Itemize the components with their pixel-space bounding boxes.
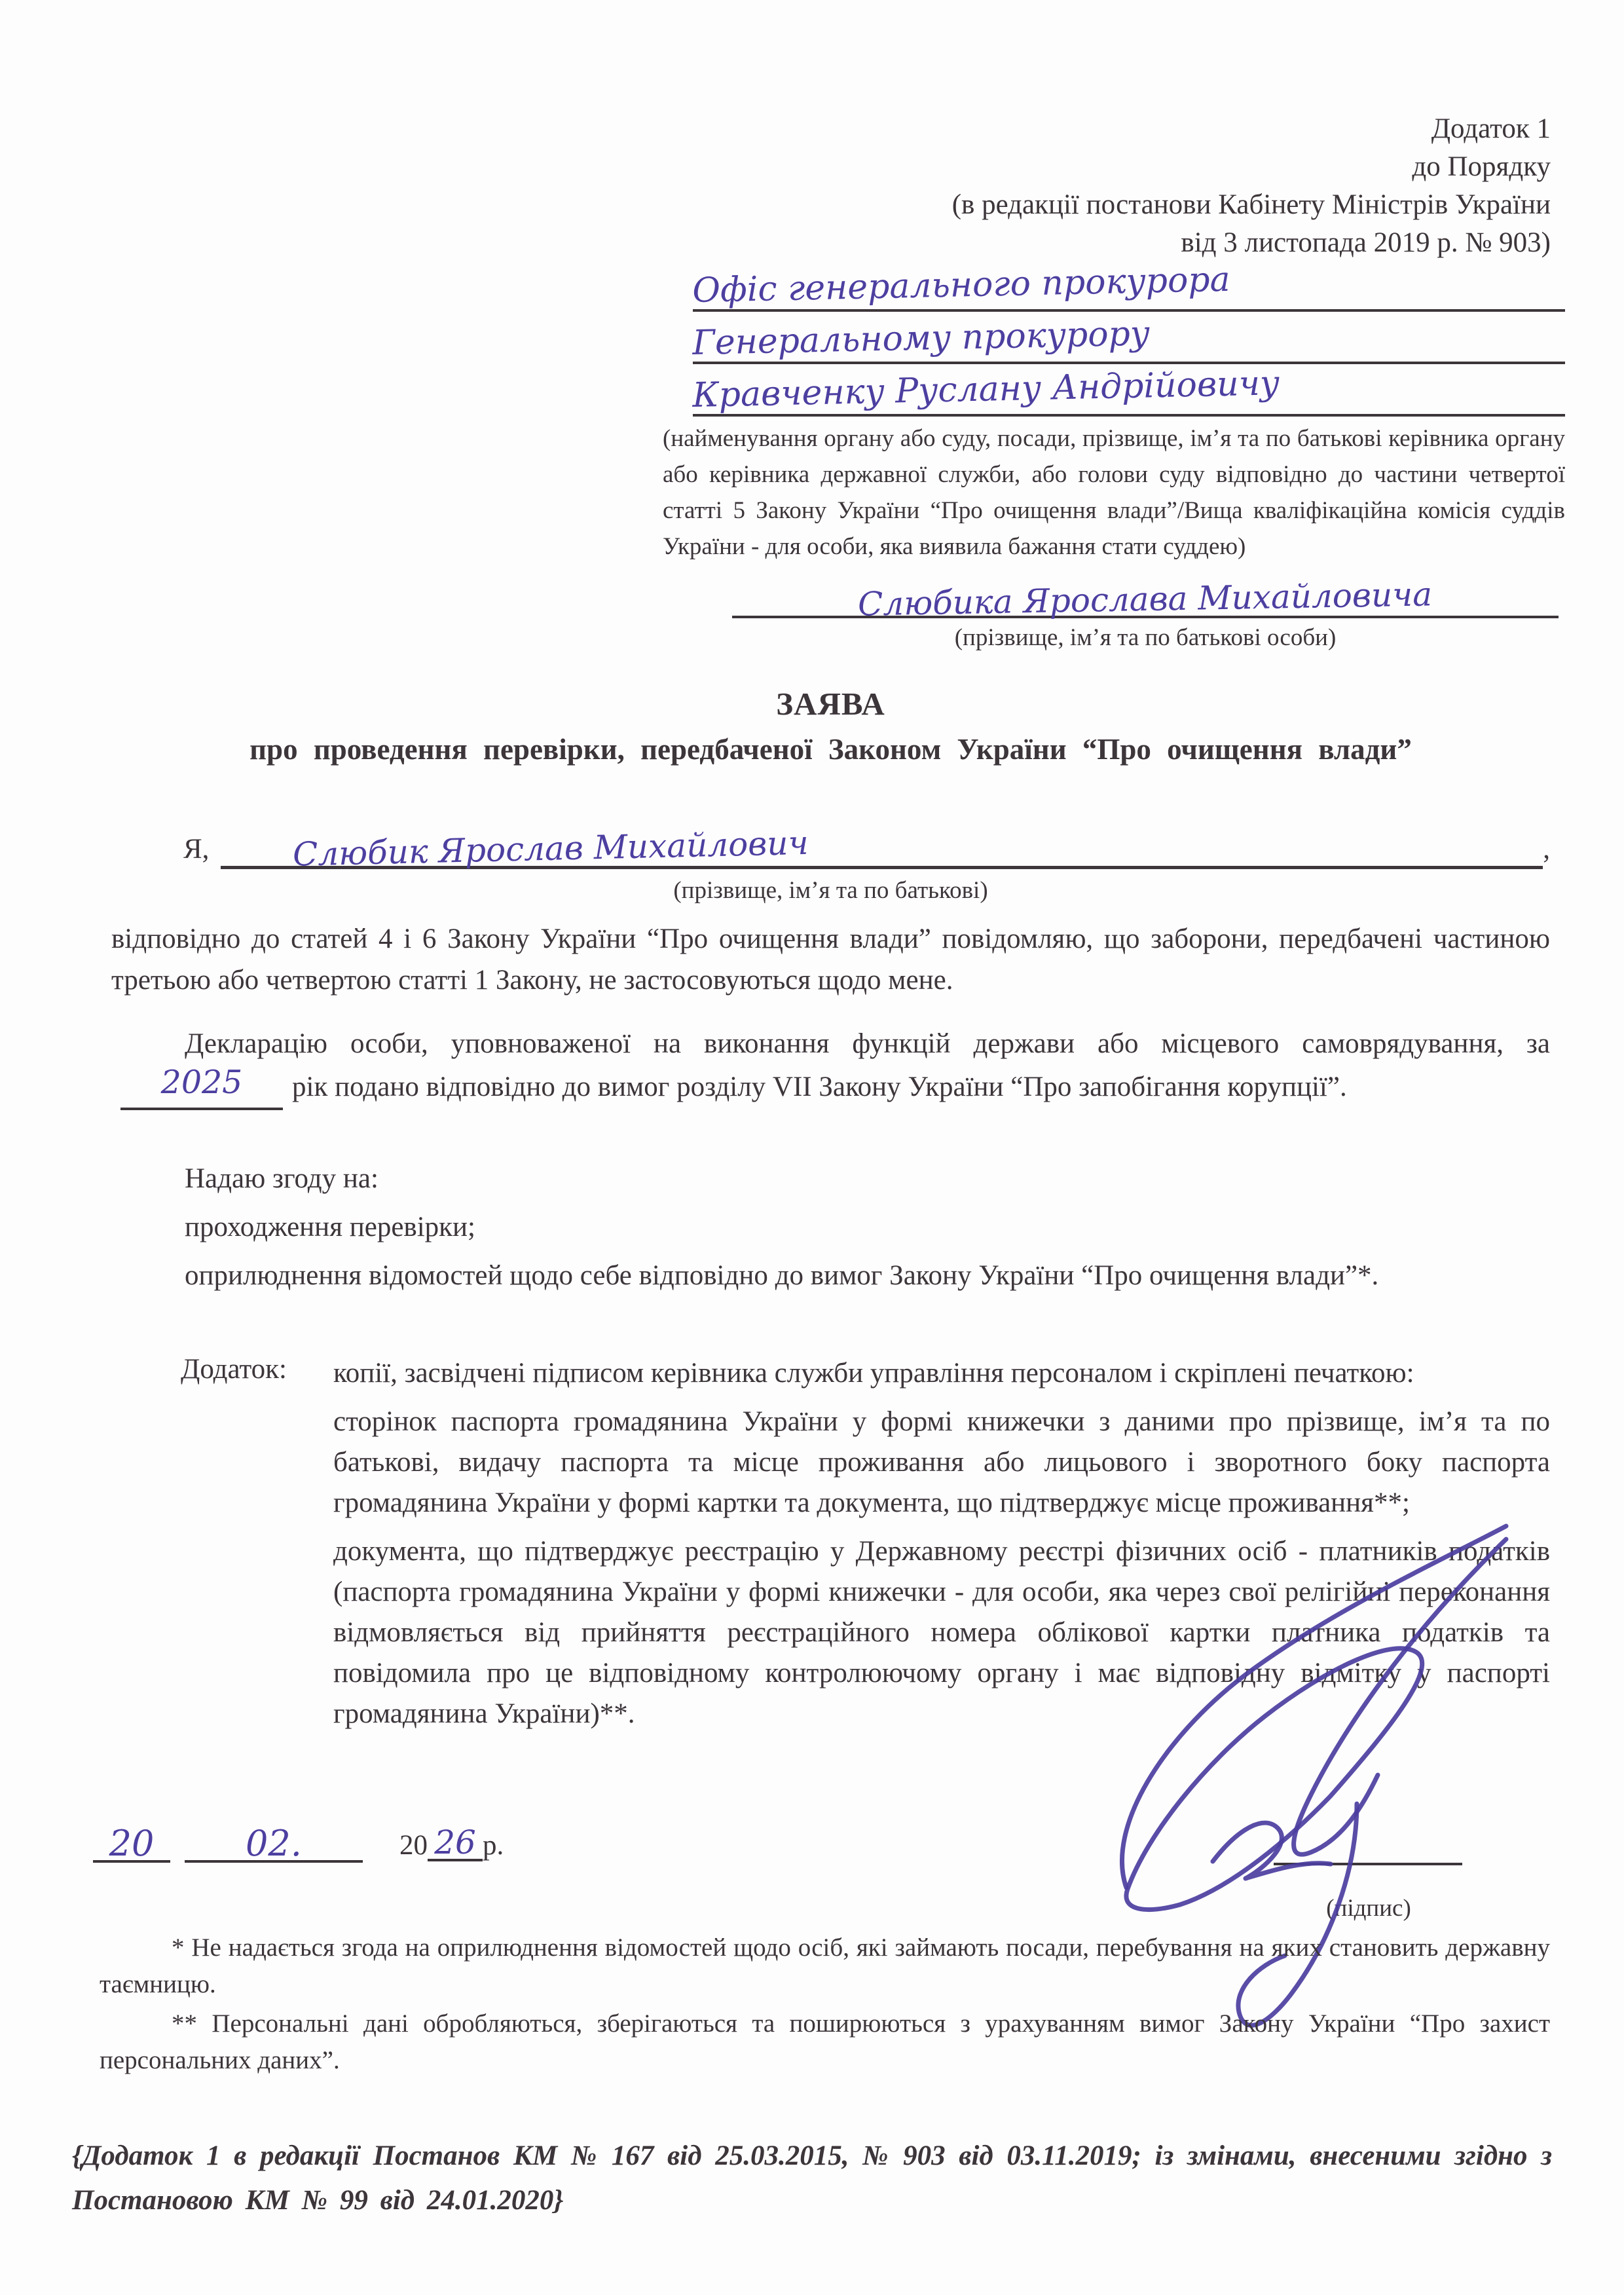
- person-caption: (прізвище, ім’я та по батькові особи): [732, 624, 1559, 652]
- signature-line: [1274, 1863, 1462, 1865]
- declarant-label: Я,: [111, 833, 209, 869]
- paragraph-declaration: Декларацію особи, уповноваженої на викон…: [111, 1023, 1550, 1110]
- annex-header-line1: Додаток 1: [634, 110, 1551, 148]
- addressee-line-1: Офіс генерального прокурора: [693, 259, 1565, 312]
- addressee-block: Офіс генерального прокурора Генеральному…: [693, 259, 1565, 417]
- declaration-year-blank: 2025: [120, 1064, 283, 1110]
- declarant-name-handwriting: Слюбик Ярослав Михайлович: [221, 827, 809, 872]
- addressee-handwriting-1: Офіс генерального прокурора: [692, 263, 1230, 308]
- declarant-comma: ,: [1543, 833, 1550, 869]
- annex-header: Додаток 1 до Порядку (в редакції постано…: [634, 110, 1551, 262]
- scanned-application-document: Додаток 1 до Порядку (в редакції постано…: [0, 0, 1624, 2295]
- consent-item-check: проходження перевірки;: [111, 1206, 1550, 1248]
- date-day-handwriting: 20: [109, 1826, 155, 1861]
- attachment-intro: копії, засвідчені підписом керівника слу…: [333, 1353, 1550, 1394]
- consent-intro: Надаю згоду на:: [111, 1158, 1550, 1199]
- addressee-caption: (найменування органу або суду, посади, п…: [663, 420, 1565, 565]
- paragraph-law-notice: відповідно до статей 4 і 6 Закону Україн…: [111, 918, 1550, 1001]
- date-year-blank: 26: [428, 1810, 483, 1861]
- date-day-blank: 20: [93, 1809, 170, 1863]
- date-month-blank: 02.: [185, 1809, 363, 1863]
- footnote-state-secret: * Не надається згода на оприлюднення від…: [100, 1930, 1550, 2003]
- addressee-line-2: Генеральному прокурору: [693, 312, 1565, 364]
- date-year-suffix: р.: [483, 1829, 504, 1861]
- revision-note: {Додаток 1 в редакції Постанов КМ № 167 …: [72, 2134, 1552, 2223]
- declarant-name-blank: Слюбик Ярослав Михайлович: [221, 817, 1543, 869]
- declarant-row: Я, Слюбик Ярослав Михайлович ,: [111, 817, 1550, 869]
- attachment-label: Додаток:: [181, 1353, 287, 1385]
- consent-item-publication: оприлюднення відомостей щодо себе відпов…: [111, 1255, 1550, 1296]
- addressee-handwriting-2: Генеральному прокурору: [692, 316, 1151, 360]
- document-title: ЗАЯВА: [111, 685, 1550, 722]
- document-subtitle: про проведення перевірки, передбаченої З…: [92, 732, 1570, 766]
- addressee-line-3: Кравченку Руслану Андрійовичу: [693, 364, 1565, 417]
- paragraph-declaration-before: Декларацію особи, уповноваженої на викон…: [185, 1028, 1550, 1059]
- signature-caption: (підпис): [1198, 1894, 1539, 1922]
- attachment-item-tax-registration: документа, що підтверджує реєстрацію у Д…: [333, 1531, 1550, 1734]
- declarant-caption: (прізвище, ім’я та по батькові): [111, 876, 1550, 905]
- person-line: Слюбика Ярослава Михайловича: [732, 565, 1559, 618]
- addressee-handwriting-3: Кравченку Руслану Андрійовичу: [692, 366, 1280, 413]
- attachment-body: копії, засвідчені підписом керівника слу…: [333, 1353, 1550, 1742]
- date-year-handwriting: 26: [434, 1825, 476, 1860]
- attachment-item-passport-pages: сторінок паспорта громадянина України у …: [333, 1402, 1550, 1523]
- date-year-group: 2026р.: [399, 1810, 504, 1863]
- annex-header-line3: (в редакції постанови Кабінету Міністрів…: [634, 186, 1551, 224]
- person-handwriting: Слюбика Ярослава Михайловича: [858, 578, 1433, 620]
- declaration-year-handwriting: 2025: [161, 1064, 243, 1101]
- footnote-personal-data: ** Персональні дані обробляються, зберіг…: [100, 2006, 1550, 2079]
- annex-header-line2: до Порядку: [634, 148, 1551, 186]
- paragraph-declaration-after: рік подано відповідно до вимог розділу V…: [292, 1072, 1347, 1102]
- annex-header-line4: від 3 листопада 2019 р. № 903): [634, 224, 1551, 262]
- date-month-handwriting: 02.: [246, 1826, 302, 1861]
- date-row: 20 02. 2026р.: [93, 1809, 813, 1863]
- date-year-prefix: 20: [399, 1829, 428, 1861]
